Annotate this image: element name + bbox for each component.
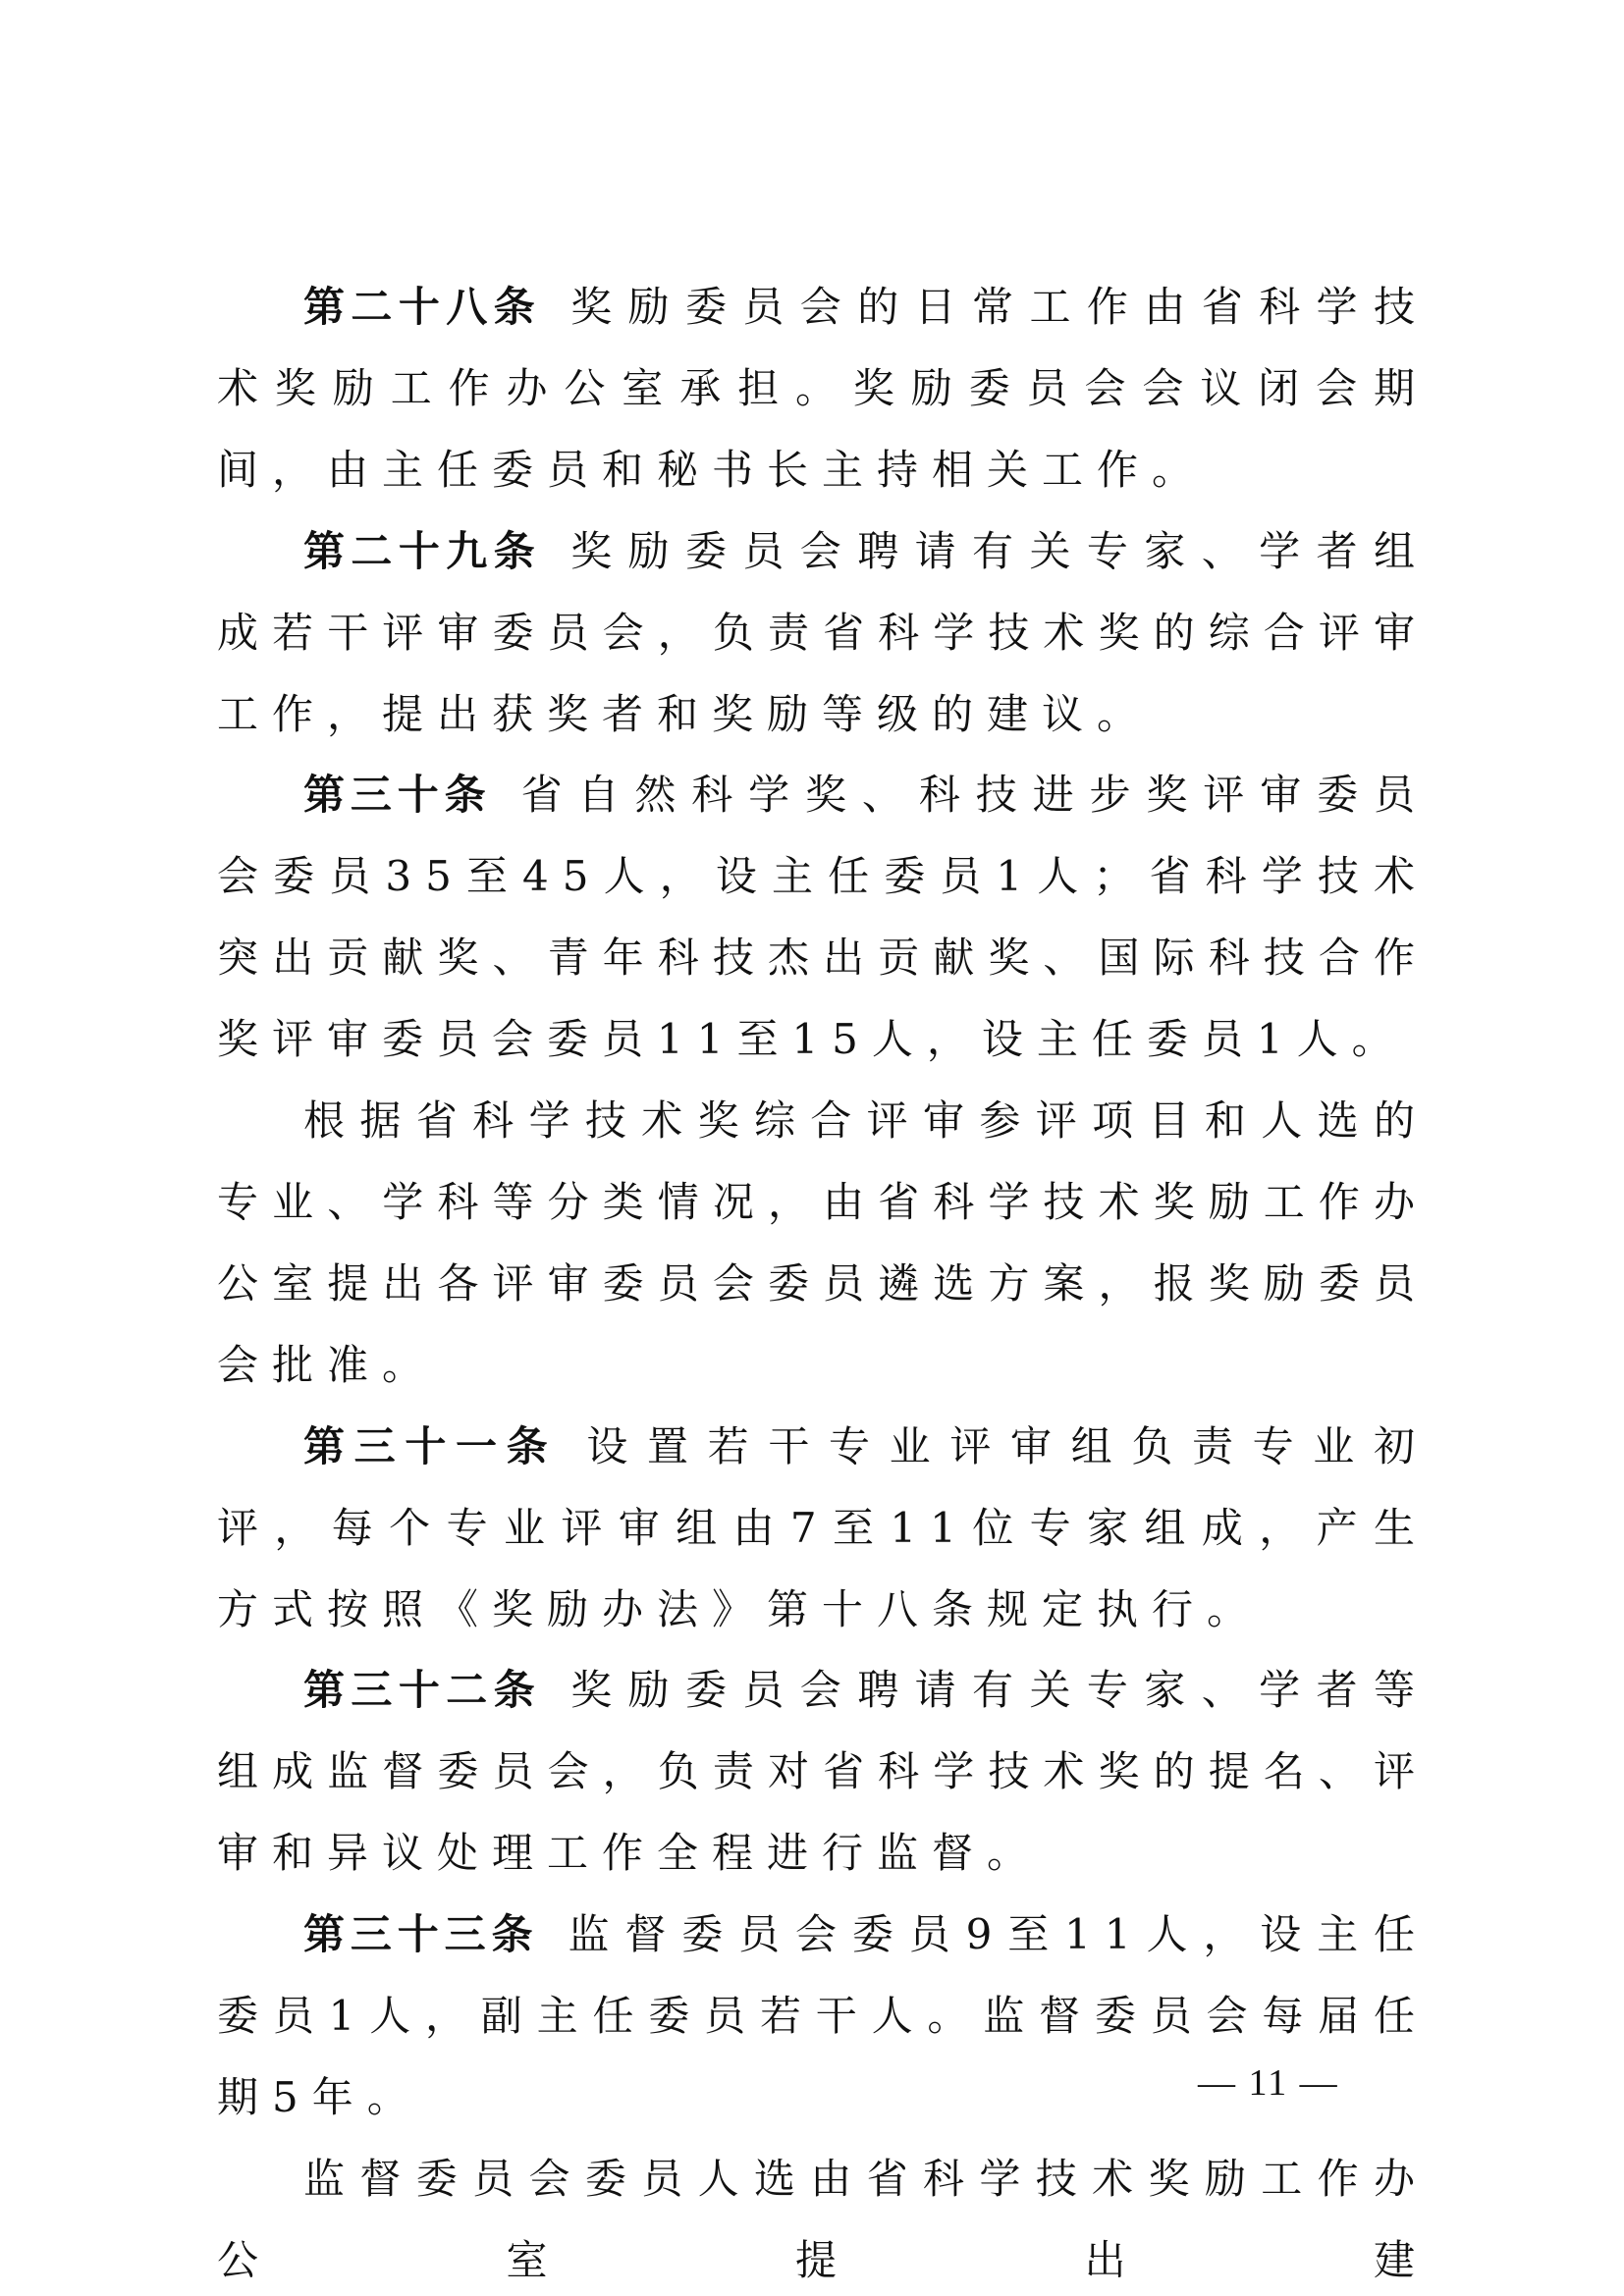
article-33-para-2: 监督委员会委员人选由省科学技术奖励工作办公室提出建 (217, 2139, 1429, 2296)
article-heading: 第三十三条 (303, 1910, 538, 1958)
article-heading: 第三十条 (303, 771, 492, 819)
document-body: 第二十八条奖励委员会的日常工作由省科学技术奖励工作办公室承担。奖励委员会会议闭会… (217, 267, 1429, 2296)
article-heading: 第三十一条 (303, 1422, 557, 1470)
article-31: 第三十一条设置若干专业评审组负责专业初评，每个专业评审组由7至11位专家组成，产… (217, 1407, 1429, 1651)
article-heading: 第二十九条 (303, 527, 541, 575)
article-heading: 第二十八条 (303, 283, 541, 331)
paragraph-text: 根据省科学技术奖综合评审参评项目和人选的专业、学科等分类情况，由省科学技术奖励工… (217, 1096, 1429, 1389)
article-30-para-2: 根据省科学技术奖综合评审参评项目和人选的专业、学科等分类情况，由省科学技术奖励工… (217, 1081, 1429, 1407)
article-32: 第三十二条奖励委员会聘请有关专家、学者等组成监督委员会，负责对省科学技术奖的提名… (217, 1650, 1429, 1895)
article-heading: 第三十二条 (303, 1666, 541, 1714)
page-number: — 11 — (1198, 2061, 1339, 2105)
article-30: 第三十条省自然科学奖、科技进步奖评审委员会委员35至45人，设主任委员1人；省科… (217, 755, 1429, 1081)
article-28: 第二十八条奖励委员会的日常工作由省科学技术奖励工作办公室承担。奖励委员会会议闭会… (217, 267, 1429, 511)
article-29: 第二十九条奖励委员会聘请有关专家、学者组成若干评审委员会，负责省科学技术奖的综合… (217, 511, 1429, 756)
paragraph-text: 监督委员会委员人选由省科学技术奖励工作办公室提出建 (217, 2155, 1429, 2284)
